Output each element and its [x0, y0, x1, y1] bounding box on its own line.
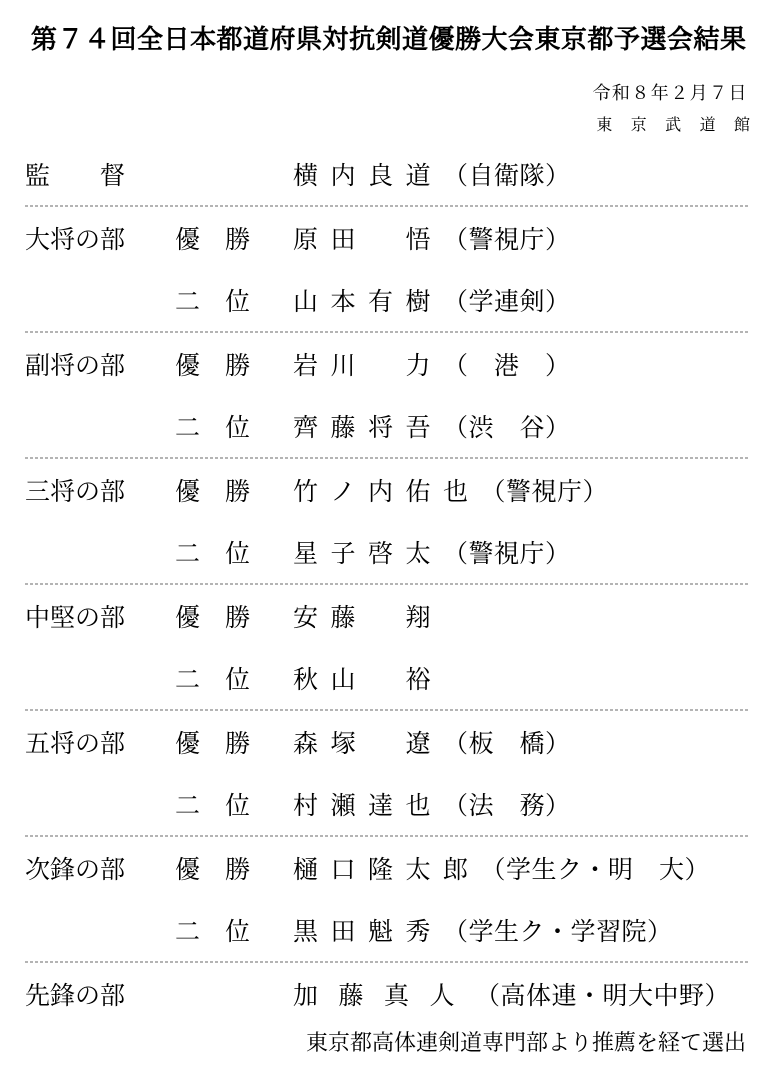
section-label: 大将の部	[25, 220, 175, 256]
winner-entry: 原田 悟（警視庁）	[293, 220, 571, 256]
result-row: 先鋒の部加藤真人（高体連・明大中野）	[0, 963, 760, 1025]
winner-affiliation: （渋 谷）	[443, 415, 571, 442]
winner-entry: 山本有樹（学連剣）	[293, 282, 571, 318]
rank-label: 優 勝	[175, 850, 293, 886]
section-label: 先鋒の部	[25, 976, 175, 1012]
rank-label: 二 位	[175, 534, 293, 570]
winner-affiliation: （自衛隊）	[443, 163, 571, 190]
winner-name: 加藤真人	[293, 983, 475, 1010]
result-row: 二 位村瀬達也（法 務）	[0, 773, 760, 835]
result-row: 二 位齊藤将吾（渋 谷）	[0, 395, 760, 457]
rank-label: 優 勝	[175, 724, 293, 760]
section-label: 副将の部	[25, 346, 175, 382]
winner-entry: 村瀬達也（法 務）	[293, 786, 571, 822]
event-venue: 東京武道館	[0, 116, 760, 135]
winner-entry: 竹ノ内佑也（警視庁）	[293, 472, 608, 508]
result-section: 中堅の部優 勝安藤 翔二 位秋山 裕	[0, 585, 760, 709]
result-section: 五将の部優 勝森塚 遼（板 橋）二 位村瀬達也（法 務）	[0, 711, 760, 835]
section-label: 三将の部	[25, 472, 175, 508]
result-row: 副将の部優 勝岩川 力（ 港 ）	[0, 333, 760, 395]
winner-name: 星子啓太	[293, 541, 443, 568]
winner-entry: 加藤真人（高体連・明大中野）	[293, 976, 730, 1012]
rank-label: 優 勝	[175, 598, 293, 634]
winner-affiliation: （ 港 ）	[443, 353, 571, 380]
winner-name: 黒田魁秀	[293, 919, 443, 946]
winner-affiliation: （高体連・明大中野）	[475, 983, 730, 1010]
winner-name: 竹ノ内佑也	[293, 479, 481, 506]
winner-name: 森塚 遼	[293, 731, 443, 758]
result-section: 三将の部優 勝竹ノ内佑也（警視庁）二 位星子啓太（警視庁）	[0, 459, 760, 583]
event-date: 令和８年２月７日	[0, 83, 760, 104]
results-document: 第７４回全日本都道府県対抗剣道優勝大会東京都予選会結果 令和８年２月７日 東京武…	[0, 0, 760, 1070]
winner-affiliation: （警視庁）	[481, 479, 609, 506]
result-row: 二 位秋山 裕	[0, 647, 760, 709]
winner-name: 村瀬達也	[293, 793, 443, 820]
winner-name: 齊藤将吾	[293, 415, 443, 442]
rank-label: 優 勝	[175, 346, 293, 382]
page-title: 第７４回全日本都道府県対抗剣道優勝大会東京都予選会結果	[0, 0, 760, 60]
section-label: 監 督	[25, 156, 175, 192]
winner-entry: 森塚 遼（板 橋）	[293, 724, 571, 760]
winner-affiliation: （板 橋）	[443, 731, 571, 758]
winner-name: 秋山 裕	[293, 667, 443, 694]
result-section: 先鋒の部加藤真人（高体連・明大中野）	[0, 963, 760, 1025]
winner-entry: 安藤 翔	[293, 598, 443, 634]
rank-label: 二 位	[175, 912, 293, 948]
result-section: 監 督横内良道（自衛隊）	[0, 143, 760, 205]
rank-label: 二 位	[175, 282, 293, 318]
winner-name: 安藤 翔	[293, 605, 443, 632]
result-row: 二 位山本有樹（学連剣）	[0, 269, 760, 331]
winner-entry: 齊藤将吾（渋 谷）	[293, 408, 571, 444]
winner-name: 原田 悟	[293, 227, 443, 254]
winner-affiliation: （学生ク・学習院）	[443, 919, 673, 946]
winner-name: 横内良道	[293, 163, 443, 190]
result-row: 五将の部優 勝森塚 遼（板 橋）	[0, 711, 760, 773]
rank-label: 優 勝	[175, 220, 293, 256]
winner-entry: 星子啓太（警視庁）	[293, 534, 571, 570]
result-section: 次鋒の部優 勝樋口隆太郎（学生ク・明 大）二 位黒田魁秀（学生ク・学習院）	[0, 837, 760, 961]
section-label: 次鋒の部	[25, 850, 175, 886]
result-row: 大将の部優 勝原田 悟（警視庁）	[0, 207, 760, 269]
winner-entry: 秋山 裕	[293, 660, 443, 696]
winner-affiliation: （法 務）	[443, 793, 571, 820]
winner-affiliation: （警視庁）	[443, 541, 571, 568]
results-list: 監 督横内良道（自衛隊）大将の部優 勝原田 悟（警視庁）二 位山本有樹（学連剣）…	[0, 143, 760, 1025]
winner-name: 山本有樹	[293, 289, 443, 316]
winner-entry: 樋口隆太郎（学生ク・明 大）	[293, 850, 710, 886]
winner-affiliation: （学生ク・明 大）	[481, 857, 711, 884]
result-row: 監 督横内良道（自衛隊）	[0, 143, 760, 205]
result-row: 二 位星子啓太（警視庁）	[0, 521, 760, 583]
result-row: 二 位黒田魁秀（学生ク・学習院）	[0, 899, 760, 961]
winner-entry: 横内良道（自衛隊）	[293, 156, 571, 192]
winner-entry: 黒田魁秀（学生ク・学習院）	[293, 912, 673, 948]
winner-affiliation: （警視庁）	[443, 227, 571, 254]
winner-name: 岩川 力	[293, 353, 443, 380]
result-row: 次鋒の部優 勝樋口隆太郎（学生ク・明 大）	[0, 837, 760, 899]
event-venue-text: 東京武道館	[596, 117, 760, 134]
rank-label: 優 勝	[175, 472, 293, 508]
rank-label: 二 位	[175, 408, 293, 444]
rank-label: 二 位	[175, 660, 293, 696]
rank-label: 二 位	[175, 786, 293, 822]
winner-entry: 岩川 力（ 港 ）	[293, 346, 571, 382]
result-section: 大将の部優 勝原田 悟（警視庁）二 位山本有樹（学連剣）	[0, 207, 760, 331]
section-label: 五将の部	[25, 724, 175, 760]
result-section: 副将の部優 勝岩川 力（ 港 ）二 位齊藤将吾（渋 谷）	[0, 333, 760, 457]
result-row: 三将の部優 勝竹ノ内佑也（警視庁）	[0, 459, 760, 521]
winner-affiliation: （学連剣）	[443, 289, 571, 316]
winner-name: 樋口隆太郎	[293, 857, 481, 884]
section-label: 中堅の部	[25, 598, 175, 634]
footer-note: 東京都高体連剣道専門部より推薦を経て選出	[0, 1030, 760, 1056]
result-row: 中堅の部優 勝安藤 翔	[0, 585, 760, 647]
